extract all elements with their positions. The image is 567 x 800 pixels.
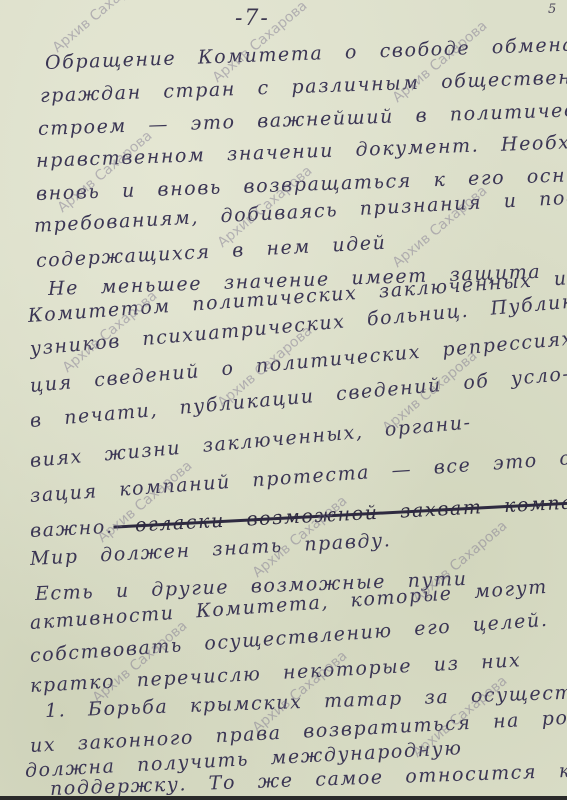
scanned-manuscript-page: -7- 5 Обращение Комитета о свободе обмен… (0, 0, 567, 800)
line-text: содержащихся в нем идей (35, 232, 387, 272)
sheet-number: 5 (548, 2, 556, 17)
scan-edge (0, 796, 567, 800)
line-text: Обращение Комитета о свободе обмена разв… (45, 30, 567, 74)
watermark: Архив Сахарова (55, 128, 156, 216)
manuscript-line: Обращение Комитета о свободе обмена разв… (45, 30, 567, 74)
manuscript-line: содержащихся в нем идей (35, 232, 387, 272)
watermark: Архив Сахарова (50, 0, 151, 56)
watermark: Архив Сахарова (90, 618, 191, 706)
